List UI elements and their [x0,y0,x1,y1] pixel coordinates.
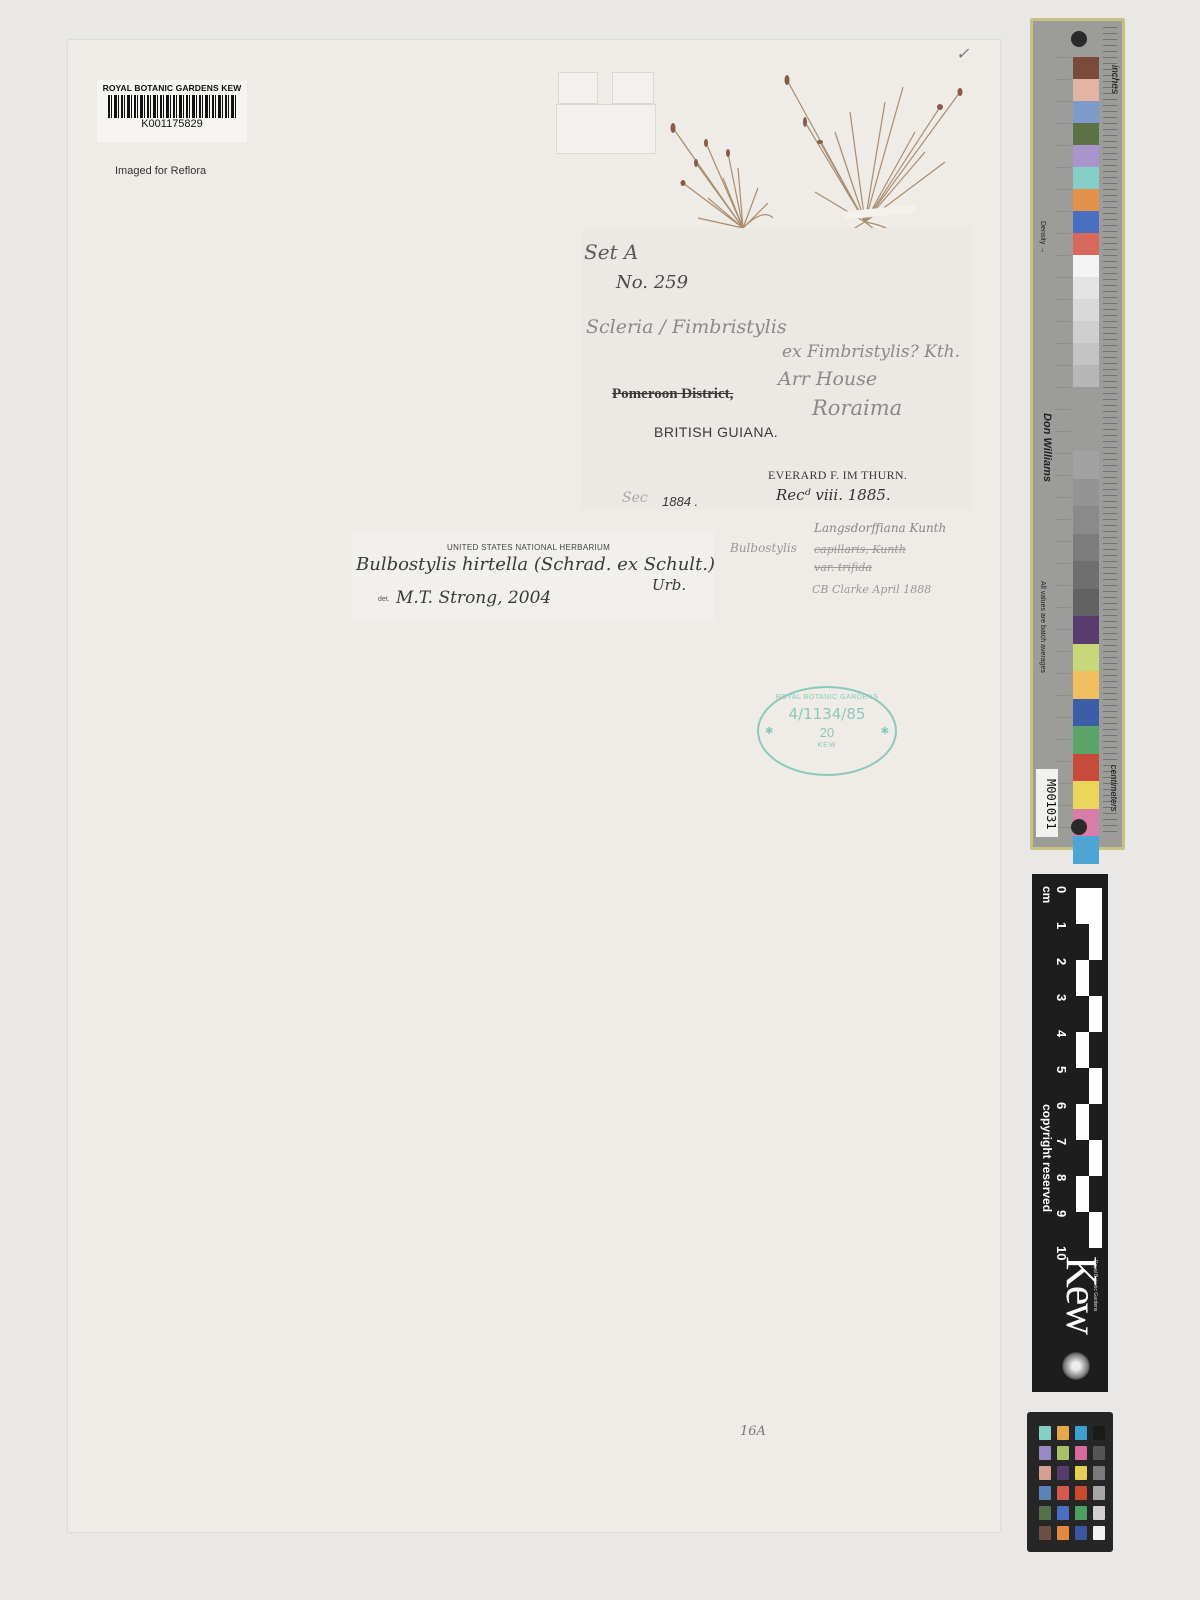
checker-patch [1075,1446,1087,1460]
cm-tick-label: 2 [1054,958,1069,994]
color-swatch [1073,123,1099,145]
color-swatch [1073,644,1099,672]
target-id: M001031 [1036,769,1058,837]
color-swatch [1073,343,1099,365]
stamp-bottom-text: KEW [759,742,895,749]
stamp-sub-number: 20 [759,725,895,740]
clarke-epithet: Langsdorffiana Kunth [814,521,946,535]
checker-patch [1093,1506,1105,1520]
cm-tick-label: 6 [1054,1102,1069,1138]
cm-unit-label: cm [1040,886,1054,903]
kew-accession-stamp: ROYAL BOTANIC GARDENS 4/1134/85 20 KEW ✱… [757,686,897,776]
barcode-number: K001175829 [97,118,247,130]
color-swatch [1073,781,1099,809]
checker-patch [1093,1446,1105,1460]
det-taxon-line1: Bulbostylis hirtella (Schrad. ex Schult.… [356,554,715,575]
color-swatch [1073,836,1099,864]
barcode-image [108,95,236,118]
clarke-struck-line2: var. trifida [814,561,872,574]
color-checker-card [1027,1412,1113,1552]
collection-year: 1884 . [662,494,698,509]
checker-patch [1039,1426,1051,1440]
checker-patch [1057,1466,1069,1480]
color-swatch [1073,277,1099,299]
color-bar-brand: Don Williams [1041,413,1053,482]
checker-patch [1075,1426,1087,1440]
locality-line1: Arr House [778,368,877,390]
kew-logo: Kew [1056,1256,1107,1333]
color-swatch [1073,57,1099,79]
det-prefix: det. [378,596,390,603]
color-swatch [1073,79,1099,101]
fragment-packet [556,104,656,154]
color-calibration-bar: inches centimeters Density → All values … [1030,18,1125,850]
clarke-determiner: CB Clarke April 1888 [812,583,931,596]
cm-tick-label: 5 [1054,1066,1069,1102]
checker-patch [1039,1486,1051,1500]
checker-patch [1057,1486,1069,1500]
inch-ruler [1103,27,1117,837]
packet-flap-left [558,72,598,104]
color-swatch [1073,589,1099,617]
checker-patch [1039,1446,1051,1460]
color-swatch [1073,321,1099,343]
handwritten-name-line2: ex Fimbristylis? Kth. [782,342,960,362]
scale-checker-pattern [1076,888,1102,1248]
color-swatch [1073,616,1099,644]
checker-patch [1057,1426,1069,1440]
det-institution: UNITED STATES NATIONAL HERBARIUM [447,543,610,552]
determiner: M.T. Strong, 2004 [396,588,551,608]
imaged-for-text: Imaged for Reflora [115,165,206,177]
color-swatch [1073,451,1099,479]
color-swatch [1073,506,1099,534]
color-swatch [1073,189,1099,211]
cm-tick-label: 0 [1054,886,1069,922]
stamp-accession: 4/1134/85 [759,705,895,723]
checker-patch [1057,1446,1069,1460]
copyright-text: copyright reserved [1040,1104,1054,1212]
cm-tick-label: 3 [1054,994,1069,1030]
struck-district: Pomeroon District, [612,386,733,403]
cm-tick-labels: 012345678910 [1054,886,1074,1282]
color-swatch [1073,671,1099,699]
plant-specimen-right [775,72,975,252]
checker-patch [1039,1466,1051,1480]
country-text: BRITISH GUIANA. [654,424,778,440]
clarke-det-label: Bulbostylis Langsdorffiana Kunth capilla… [724,513,954,608]
received-date: Recᵈ viii. 1885. [776,486,891,504]
kew-crest-icon [1062,1352,1090,1380]
det-taxon-line2: Urb. [652,576,686,594]
collection-label: Set A No. 259 Scleria / Fimbristylis ex … [582,228,972,510]
checker-patch [1057,1506,1069,1520]
color-swatch [1073,699,1099,727]
color-swatches [1073,57,1099,864]
clarke-genus: Bulbostylis [730,541,797,555]
handwritten-name-line1: Scleria / Fimbristylis [586,316,787,338]
pencil-sheet-number: 16A [740,1424,766,1439]
barcode-institution: ROYAL BOTANIC GARDENS KEW [97,83,247,93]
color-swatch [1073,233,1099,255]
checker-patch [1075,1486,1087,1500]
star-icon: ✱ [881,726,889,737]
color-swatch [1073,299,1099,321]
density-grid [1055,57,1071,832]
checker-patch [1093,1426,1105,1440]
determination-label: UNITED STATES NATIONAL HERBARIUM Bulbost… [352,532,714,620]
locality-line2: Roraima [812,396,902,420]
color-swatch [1073,255,1099,277]
packet-flap-right [612,72,654,104]
inches-label: inches [1109,65,1120,94]
checker-patch [1075,1506,1087,1520]
checker-patch [1057,1526,1069,1540]
collection-number: No. 259 [616,272,688,293]
color-swatch [1073,561,1099,589]
cm-tick-label: 4 [1054,1030,1069,1066]
cm-tick-label: 7 [1054,1138,1069,1174]
color-swatch [1073,167,1099,189]
checker-patch [1075,1526,1087,1540]
barcode-label: ROYAL BOTANIC GARDENS KEW K001175829 [97,80,247,142]
star-icon: ✱ [765,726,773,737]
centimeters-label: centimeters [1109,765,1119,812]
hole-top [1071,31,1087,47]
color-swatch [1073,211,1099,233]
color-swatch [1073,145,1099,167]
color-swatch [1073,365,1099,387]
kew-logo-subtitle: Royal Botanic Gardens [1092,1260,1098,1311]
cm-tick-label: 8 [1054,1174,1069,1210]
checker-patch [1093,1466,1105,1480]
pencil-check-mark: ✓ [956,44,969,63]
cm-tick-label: 9 [1054,1210,1069,1246]
checker-patch [1093,1526,1105,1540]
hole-bottom [1071,819,1087,835]
stamp-top-text: ROYAL BOTANIC GARDENS [759,694,895,701]
density-label: Density → [1039,221,1046,253]
cm-scale-bar: cm 012345678910 copyright reserved Kew R… [1032,874,1108,1392]
color-swatch [1073,726,1099,754]
checker-patch [1039,1526,1051,1540]
checker-patch [1039,1506,1051,1520]
color-swatch [1073,754,1099,782]
checker-patch [1075,1466,1087,1480]
checker-patch [1093,1486,1105,1500]
collector-text: EVERARD F. IM THURN. [768,468,907,483]
set-text: Set A [584,240,638,264]
clarke-struck-line1: capillaris, Kunth [814,543,906,556]
color-swatch [1073,101,1099,123]
batch-note: All values are batch averages [1039,581,1046,673]
year-prefix: Sec [622,490,648,506]
color-swatch [1073,534,1099,562]
cm-tick-label: 1 [1054,922,1069,958]
color-swatch [1073,479,1099,507]
